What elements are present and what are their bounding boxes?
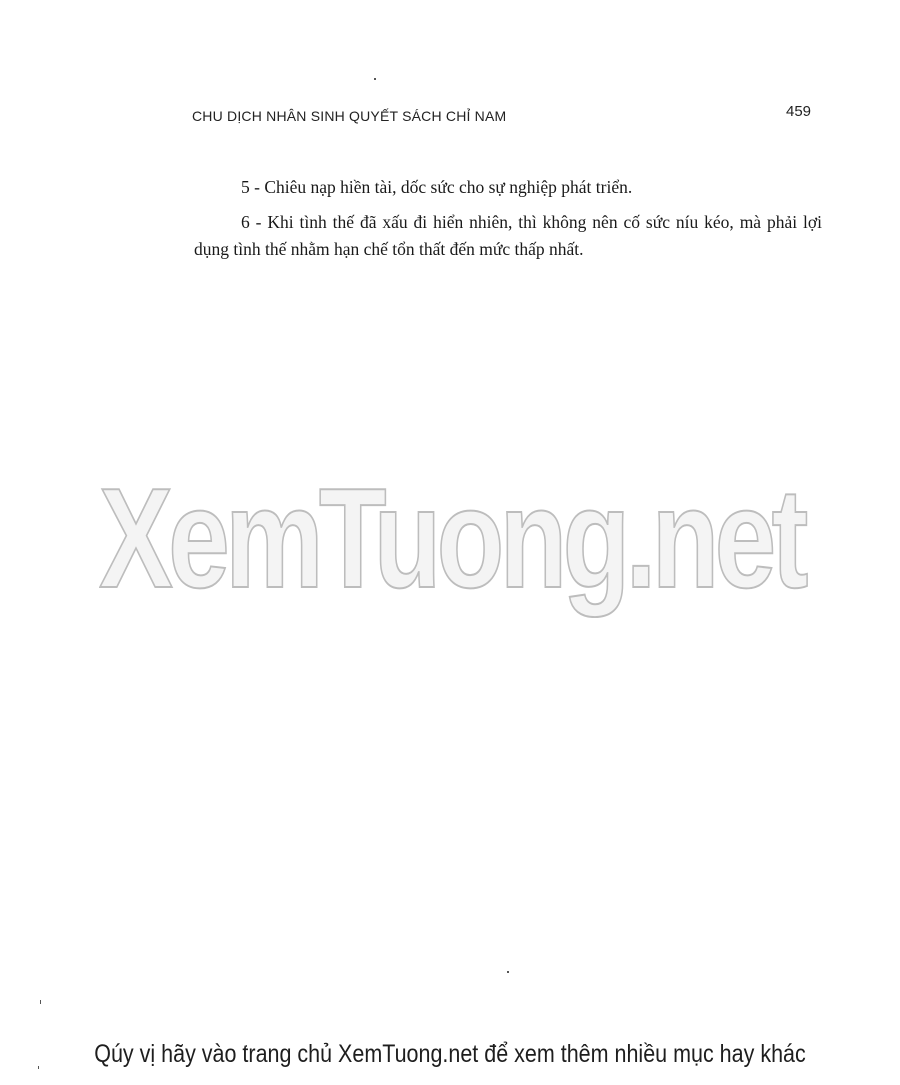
body-text: 5 - Chiêu nạp hiền tài, dốc sức cho sự n…: [194, 174, 822, 263]
scan-speck: [507, 971, 509, 973]
scan-speck: [374, 78, 376, 80]
paragraph-5: 5 - Chiêu nạp hiền tài, dốc sức cho sự n…: [194, 174, 822, 201]
footer-prefix: Qúy vị hãy vào trang chủ: [94, 1040, 338, 1068]
page-number: 459: [786, 103, 811, 120]
paragraph-6: 6 - Khi tình thế đã xấu đi hiển nhiên, t…: [194, 209, 822, 263]
running-head: CHU DỊCH NHÂN SINH QUYẾT SÁCH CHỈ NAM: [192, 108, 506, 124]
footer-site-link[interactable]: XemTuong.net: [338, 1040, 478, 1068]
book-page: CHU DỊCH NHÂN SINH QUYẾT SÁCH CHỈ NAM 45…: [0, 0, 900, 1085]
footer-suffix: để xem thêm nhiều mục hay khác: [478, 1040, 805, 1068]
scan-speck: [38, 1066, 39, 1069]
footer-note: Qúy vị hãy vào trang chủ XemTuong.net để…: [63, 1040, 837, 1069]
scan-speck: [40, 1000, 41, 1004]
scan-speck: [246, 1045, 247, 1047]
watermark: XemTuong.net: [99, 468, 801, 610]
